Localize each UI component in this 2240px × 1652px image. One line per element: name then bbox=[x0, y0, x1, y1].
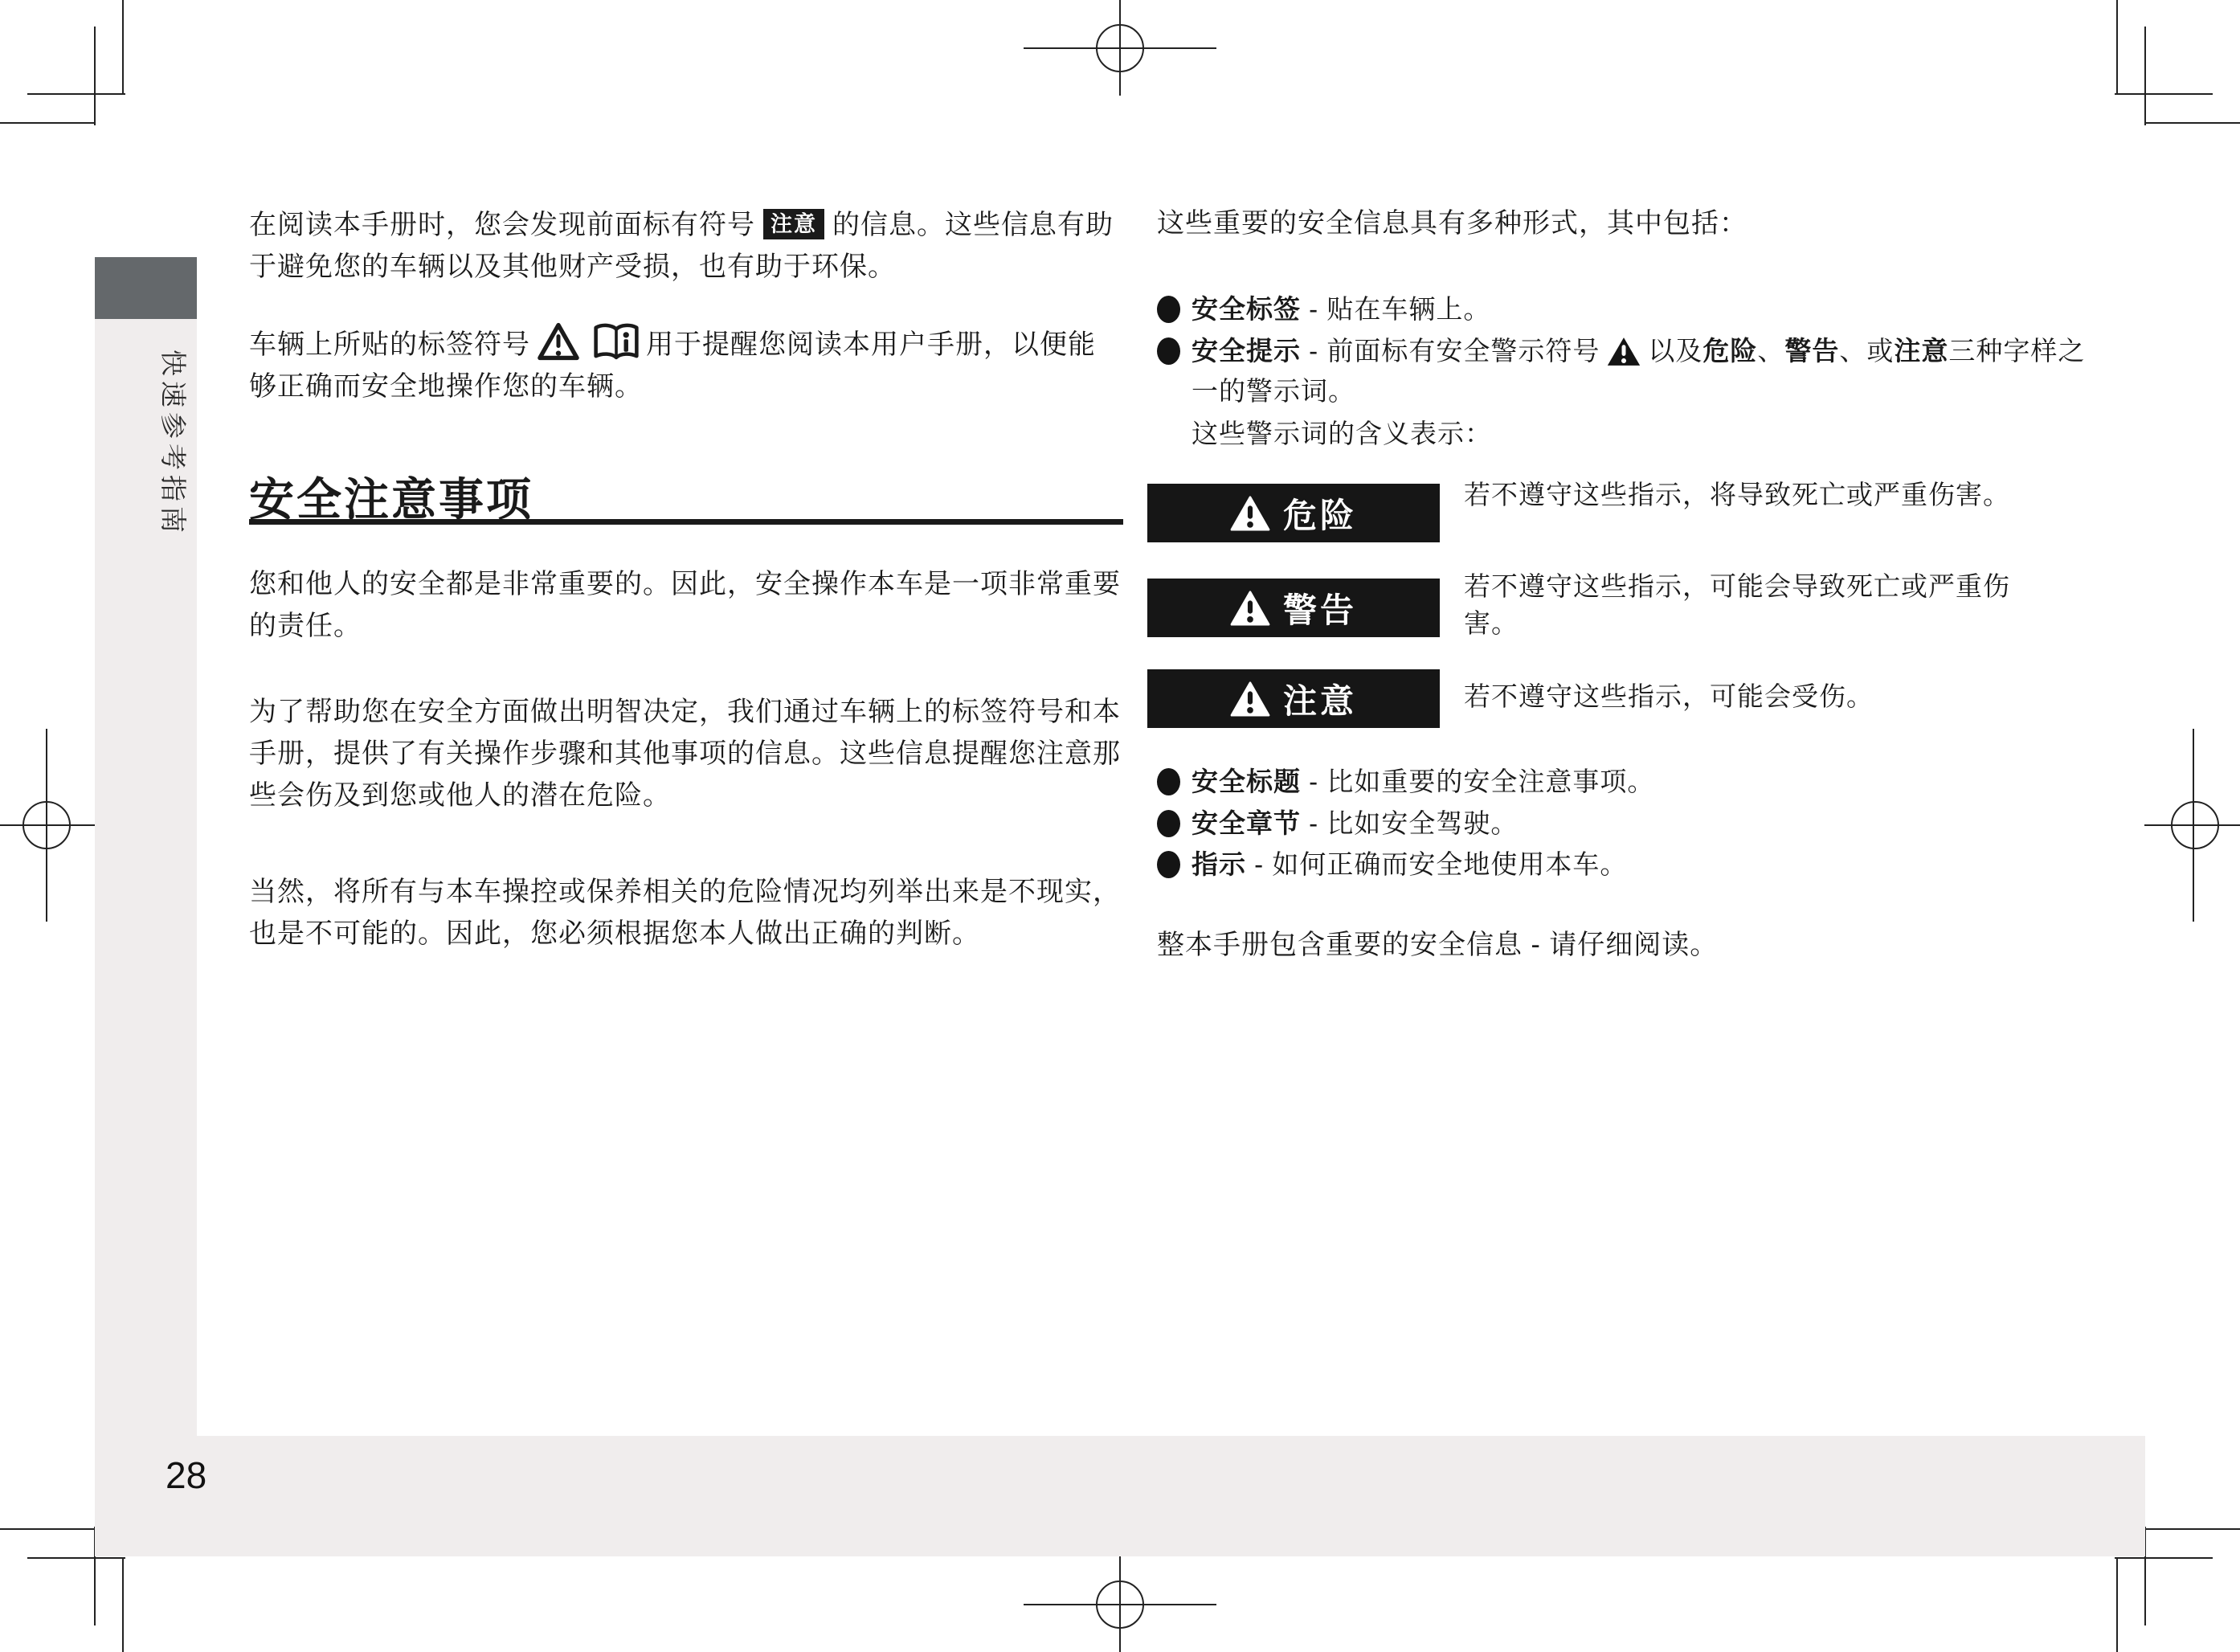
bullet-icon bbox=[1157, 810, 1180, 837]
bullet-icon bbox=[1157, 768, 1180, 795]
list-item-text: 安全标签 - 贴在车辆上。 bbox=[1192, 289, 1490, 329]
dash: - bbox=[1301, 336, 1326, 366]
term-label: 指示 bbox=[1192, 849, 1246, 879]
manual-page: { "page": { "number": "28", "sidebar_tab… bbox=[0, 0, 2240, 1652]
trim-mark bbox=[2115, 93, 2213, 95]
alert-triangle-icon bbox=[1230, 591, 1270, 626]
separator: 、或 bbox=[1839, 336, 1894, 366]
trim-mark bbox=[2145, 1528, 2240, 1530]
registration-mark-circle bbox=[2171, 801, 2219, 849]
warning-triangle-icon bbox=[1606, 336, 1641, 367]
trim-mark bbox=[122, 0, 124, 95]
list-item-safety-section: 安全章节 - 比如安全驾驶。 bbox=[1157, 804, 2113, 844]
registration-mark-circle bbox=[1096, 1580, 1144, 1629]
safety-info-intro: 这些重要的安全信息具有多种形式，其中包括： bbox=[1157, 202, 2113, 244]
trim-mark bbox=[27, 1557, 125, 1559]
signal-word-label: 危险 bbox=[1283, 489, 1357, 538]
signal-word-danger: 危险 bbox=[1702, 336, 1757, 366]
term-desc: - 如何正确而安全地使用本车。 bbox=[1246, 849, 1627, 879]
signal-word-label: 警告 bbox=[1283, 584, 1357, 632]
term-label: 安全标题 bbox=[1192, 767, 1301, 796]
term-desc: - 贴在车辆上。 bbox=[1301, 294, 1490, 324]
trim-mark bbox=[0, 1528, 95, 1530]
signal-word-caution: 注意 bbox=[1894, 336, 1948, 366]
paragraph-label-symbols: 车辆上所贴的标签符号用于提醒您阅读本用户手册，以便能够正确而安全地操作您的车辆。 bbox=[249, 322, 1123, 407]
bullet-icon bbox=[1157, 296, 1180, 323]
signal-word-desc: 若不遵守这些指示，将导致死亡或严重伤害。 bbox=[1464, 476, 2058, 513]
alert-triangle-icon bbox=[1230, 496, 1270, 531]
term-desc: - 比如安全驾驶。 bbox=[1301, 808, 1518, 838]
list-item-text: 安全标题 - 比如重要的安全注意事项。 bbox=[1192, 762, 1654, 802]
signal-word-desc: 若不遵守这些指示，可能会导致死亡或严重伤害。 bbox=[1464, 568, 2058, 642]
signal-word-desc: 若不遵守这些指示，可能会受伤。 bbox=[1464, 678, 2058, 715]
warning-triangle-outline-icon bbox=[537, 322, 580, 361]
list-item-instructions: 指示 - 如何正确而安全地使用本车。 bbox=[1157, 844, 2113, 885]
trim-mark bbox=[0, 122, 95, 124]
signal-word-label: 注意 bbox=[1283, 675, 1357, 723]
term-desc: 前面标有安全警示符号 bbox=[1326, 336, 1600, 366]
closing-note: 整本手册包含重要的安全信息 - 请仔细阅读。 bbox=[1157, 924, 2113, 966]
list-item-text: 安全章节 - 比如安全驾驶。 bbox=[1192, 804, 1518, 844]
signal-words-meaning-intro: 这些警示词的含义表示： bbox=[1192, 414, 1492, 454]
paragraph-text: 在阅读本手册时，您会发现前面标有符号 bbox=[249, 210, 755, 240]
term-desc: - 比如重要的安全注意事项。 bbox=[1301, 767, 1654, 796]
trim-mark bbox=[2145, 122, 2240, 124]
notice-badge: 注意 bbox=[763, 209, 824, 239]
chapter-sidebar-label: 快速参考指南 bbox=[156, 350, 194, 538]
signal-word-box-warning: 警告 bbox=[1147, 579, 1440, 637]
registration-mark-circle bbox=[22, 801, 71, 849]
paragraph-own-judgement: 当然，将所有与本车操控或保养相关的危险情况均列举出来是不现实，也是不可能的。因此… bbox=[249, 871, 1123, 955]
trim-mark bbox=[2116, 1557, 2118, 1652]
term-label: 安全提示 bbox=[1192, 336, 1301, 366]
owners-manual-book-icon bbox=[593, 322, 640, 361]
list-item-text: 指示 - 如何正确而安全地使用本车。 bbox=[1192, 844, 1627, 885]
list-item-safety-label: 安全标签 - 贴在车辆上。 bbox=[1157, 289, 2113, 329]
list-item-text: 安全提示 - 前面标有安全警示符号以及危险、警告、或注意三种字样之一的警示词。 bbox=[1192, 331, 2099, 411]
term-label: 安全章节 bbox=[1192, 808, 1301, 838]
paragraph-notice-info: 在阅读本手册时，您会发现前面标有符号注意的信息。这些信息有助于避免您的车辆以及其… bbox=[249, 204, 1123, 288]
list-item-safety-message: 安全提示 - 前面标有安全警示符号以及危险、警告、或注意三种字样之一的警示词。 bbox=[1157, 331, 2113, 411]
trim-mark bbox=[2144, 27, 2146, 125]
alert-triangle-icon bbox=[1230, 681, 1270, 717]
separator: 、 bbox=[1757, 336, 1784, 366]
list-item-safety-heading: 安全标题 - 比如重要的安全注意事项。 bbox=[1157, 762, 2113, 802]
paragraph-informed-decisions: 为了帮助您在安全方面做出明智决定，我们通过车辆上的标签符号和本手册，提供了有关操… bbox=[249, 691, 1123, 816]
term-label: 安全标签 bbox=[1192, 294, 1301, 324]
paragraph-text: 车辆上所贴的标签符号 bbox=[249, 329, 530, 360]
bullet-icon bbox=[1157, 337, 1180, 365]
signal-word-box-danger: 危险 bbox=[1147, 484, 1440, 542]
footer-band: 28 bbox=[95, 1436, 2145, 1556]
page-number: 28 bbox=[166, 1454, 206, 1497]
signal-word-warning: 警告 bbox=[1784, 336, 1839, 366]
trim-mark bbox=[2115, 1557, 2213, 1559]
registration-mark-circle bbox=[1096, 24, 1144, 72]
term-desc: 以及 bbox=[1648, 336, 1702, 366]
section-title-rule bbox=[249, 519, 1123, 525]
trim-mark bbox=[2116, 0, 2118, 95]
trim-mark bbox=[27, 93, 125, 95]
chapter-sidebar: 快速参考指南 bbox=[95, 319, 197, 1436]
trim-mark bbox=[94, 27, 96, 125]
chapter-tab bbox=[95, 257, 197, 319]
paragraph-safety-importance: 您和他人的安全都是非常重要的。因此，安全操作本车是一项非常重要的责任。 bbox=[249, 563, 1123, 647]
trim-mark bbox=[122, 1557, 124, 1652]
signal-word-box-caution: 注意 bbox=[1147, 669, 1440, 728]
bullet-icon bbox=[1157, 851, 1180, 878]
